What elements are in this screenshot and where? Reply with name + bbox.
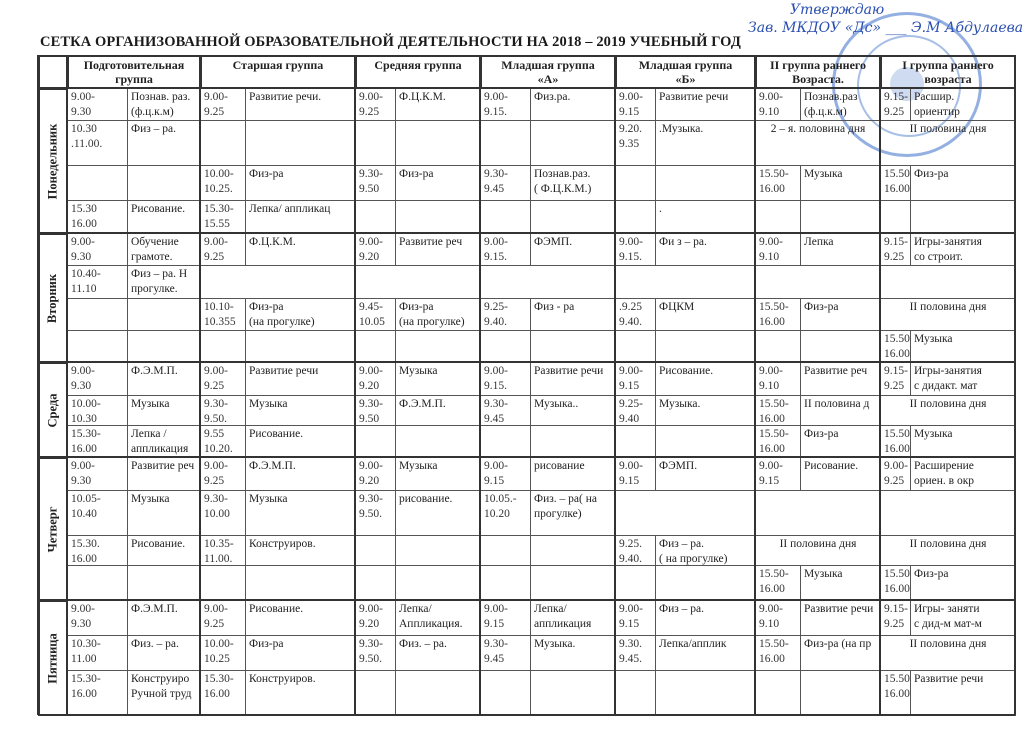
time-slot: 9.00- 9.25 [200, 362, 246, 396]
activity-cell [395, 535, 481, 566]
time-slot [755, 670, 801, 716]
day-label-3: Четверг [38, 457, 68, 601]
time-slot: .9.25 9.40. [615, 298, 656, 331]
time-slot [480, 670, 531, 716]
time-slot: 9.00- 9.15 [615, 600, 656, 636]
time-slot: 9.00- 9.20 [355, 362, 396, 396]
time-slot: 9.25- 9.40 [615, 395, 656, 426]
activity-cell: Физ-ра [800, 298, 881, 331]
time-slot: 9.15- 9.25 [880, 362, 911, 396]
activity-cell: Познав.раз (ф.ц.к.м) [800, 88, 881, 121]
time-slot: 9.00- 9.15 [615, 457, 656, 491]
activity-cell: Музыка [395, 457, 481, 491]
time-slot [200, 120, 246, 166]
day-name: Среда [46, 393, 61, 427]
time-slot: 15.50- 16.00 [880, 330, 911, 363]
time-slot: 9.00- 9.30 [67, 457, 128, 491]
activity-cell [395, 330, 481, 363]
time-slot [880, 200, 911, 234]
activity-cell: Обучение грамоте. [127, 233, 201, 266]
activity-cell [530, 330, 616, 363]
time-slot: 9.00- 9.30 [67, 88, 128, 121]
group-divider [479, 55, 481, 715]
day-divider [38, 361, 1015, 363]
time-slot: 9.00- 9.10 [755, 362, 801, 396]
group-divider [1014, 55, 1016, 715]
activity-cell: Рисование. [127, 200, 201, 234]
activity-cell: II половина дня [880, 535, 1016, 566]
time-slot [615, 670, 656, 716]
time-slot: 15.30- 16.00 [67, 670, 128, 716]
activity-cell [655, 330, 756, 363]
activity-cell: Игры-занятия со строит. мат. [910, 233, 1016, 266]
time-slot: 9.00- 9.15. [480, 88, 531, 121]
time-slot: 9.00- 9.30 [67, 600, 128, 636]
time-slot [615, 165, 656, 201]
day-name: Вторник [46, 273, 61, 322]
activity-cell [530, 120, 616, 166]
time-slot: 9.00- 9.30 [67, 362, 128, 396]
activity-cell: II половина дня [880, 120, 1016, 166]
time-slot: 9.00- 9.25 [200, 88, 246, 121]
activity-cell: Физ – ра. [127, 120, 201, 166]
time-slot: 15.50- 16.00 [755, 298, 801, 331]
time-slot [200, 330, 246, 363]
activity-cell [395, 120, 481, 166]
activity-cell: Физ. – ра. [127, 635, 201, 671]
time-slot: 9.15- 9.25 [880, 600, 911, 636]
activity-cell: Музыка [127, 395, 201, 426]
activity-cell: Музыка.. [530, 395, 616, 426]
time-slot [355, 200, 396, 234]
time-slot: 10.00- 10.25 [200, 635, 246, 671]
activity-cell: Физ. – ра( на прогулке) [530, 490, 616, 536]
time-slot [355, 535, 396, 566]
time-slot: 15.30 16.00 [67, 200, 128, 234]
time-slot: 9.30- 9.50 [355, 395, 396, 426]
time-slot: 9.00- 9.20 [355, 457, 396, 491]
time-slot [355, 670, 396, 716]
group-divider [614, 55, 616, 715]
activity-cell [655, 425, 756, 458]
activity-cell: Физ-ра [800, 425, 881, 458]
time-slot: 9.00- 9.25 [355, 88, 396, 121]
day-name: Четверг [46, 506, 61, 552]
activity-cell: Развитие речи [245, 362, 356, 396]
day-label-0: Понедельник [38, 88, 68, 234]
activity-cell: Расширение ориен. в окр [910, 457, 1016, 491]
activity-cell: Рисование. [655, 362, 756, 396]
time-slot: 15.50- 16.00 [755, 165, 801, 201]
time-slot [480, 200, 531, 234]
activity-cell: II половина дня [880, 635, 1016, 671]
activity-cell: Физ - ра [530, 298, 616, 331]
column-header: Младшая группа «А» [480, 55, 616, 89]
time-slot: 9.00- 9.15 [480, 600, 531, 636]
activity-cell: Физ – ра. Н прогулке. [127, 265, 201, 299]
time-slot [755, 330, 801, 363]
time-slot: 9.45- 10.05 [355, 298, 396, 331]
activity-cell: Развитие речи [910, 670, 1016, 716]
activity-cell: Развитие реч [127, 457, 201, 491]
activity-cell: Музыка [245, 395, 356, 426]
activity-cell: Музыка [395, 362, 481, 396]
activity-cell: Физ-ра (на пр [800, 635, 881, 671]
time-slot: 9.30. 9.45. [615, 635, 656, 671]
time-slot [480, 565, 531, 601]
activity-cell: Ф.Э.М.П. [395, 395, 481, 426]
time-slot: 15.50- 16.00 [755, 635, 801, 671]
time-slot: 9.00- 9.15. [480, 362, 531, 396]
activity-cell: Музыка. [530, 635, 616, 671]
activity-cell: Ф.Э.М.П. [245, 457, 356, 491]
activity-cell: Музыка [910, 330, 1016, 363]
time-slot: 9.00- 9.15 [615, 362, 656, 396]
activity-cell: Музыка [127, 490, 201, 536]
time-slot: 10.30- 11.00 [67, 635, 128, 671]
time-slot [200, 565, 246, 601]
activity-cell [245, 120, 356, 166]
document-title: СЕТКА ОРГАНИЗОВАННОЙ ОБРАЗОВАТЕЛЬНОЙ ДЕЯ… [40, 34, 741, 51]
activity-cell [395, 565, 481, 601]
time-slot: 9.00- 9.15 [755, 457, 801, 491]
time-slot: 9.55 10.20. [200, 425, 246, 458]
time-slot [480, 330, 531, 363]
activity-cell: Физ-ра [910, 165, 1016, 201]
group-divider [37, 55, 39, 715]
activity-cell: II половина д [800, 395, 881, 426]
activity-cell: Лепка/апплик [655, 635, 756, 671]
activity-cell [655, 670, 756, 716]
activity-cell [127, 298, 201, 331]
activity-cell: Расшир. ориентир [910, 88, 1016, 121]
time-slot [615, 425, 656, 458]
activity-cell: Развитие реч [800, 362, 881, 396]
time-slot: 10.30 .11.00. [67, 120, 128, 166]
time-slot: 9.00- 9.20 [355, 233, 396, 266]
activity-cell: Ф.Э.М.П. [127, 600, 201, 636]
time-slot [355, 330, 396, 363]
time-slot: 9.00- 9.25 [200, 457, 246, 491]
time-slot: 9.00- 9.15. [615, 233, 656, 266]
time-slot: 9.00- 9.25 [880, 457, 911, 491]
time-slot [67, 298, 128, 331]
activity-cell: Рисование. [245, 600, 356, 636]
group-divider [354, 55, 356, 715]
activity-cell: Физ-ра [395, 165, 481, 201]
time-slot: 9.15- 9.25 [880, 233, 911, 266]
day-divider [38, 714, 1015, 716]
activity-cell: рисование [530, 457, 616, 491]
time-slot: 9.30- 9.45 [480, 395, 531, 426]
activity-cell: Игры-занятия с дидакт. мат [910, 362, 1016, 396]
activity-cell: ФЦКМ [655, 298, 756, 331]
time-slot: 9.30- 9.50 [355, 165, 396, 201]
time-slot: 9.25- 9.40. [480, 298, 531, 331]
time-slot: 9.30- 9.50. [355, 635, 396, 671]
time-slot: 9.25. 9.40. [615, 535, 656, 566]
time-slot [67, 330, 128, 363]
time-slot: 15.30- 16.00 [200, 670, 246, 716]
activity-cell: II половина дня [880, 298, 1016, 331]
time-slot: 10.40- 11.10 [67, 265, 128, 299]
time-slot: 9.30- 9.45 [480, 635, 531, 671]
activity-cell [800, 330, 881, 363]
activity-cell [395, 670, 481, 716]
activity-cell: Лепка/ аппликация [530, 600, 616, 636]
activity-cell: Физ.ра. [530, 88, 616, 121]
activity-cell: Физ-ра (на прогулке) [395, 298, 481, 331]
time-slot: 9.15- 9.25 [880, 88, 911, 121]
activity-cell: ФЭМП. [655, 457, 756, 491]
activity-cell [530, 670, 616, 716]
activity-cell: Физ – ра. [655, 600, 756, 636]
activity-cell: Физ-ра [245, 165, 356, 201]
time-slot: 15.30. 16.00 [67, 535, 128, 566]
time-slot: 10.00- 10.30 [67, 395, 128, 426]
column-header: II группа раннего Возраста. [755, 55, 881, 89]
time-slot: 9.30- 10.00 [200, 490, 246, 536]
activity-cell [530, 425, 616, 458]
activity-cell: Лепка [800, 233, 881, 266]
time-slot: 15.50- 16.00 [755, 425, 801, 458]
activity-cell: Лепка / аппликация [127, 425, 201, 458]
approval-label: Утверждаю [790, 2, 884, 18]
time-slot [480, 120, 531, 166]
activity-cell: Познав. раз. (ф.ц.к.м) [127, 88, 201, 121]
time-slot [480, 535, 531, 566]
time-slot: 9.00- 9.30 [67, 233, 128, 266]
activity-cell: Физ – ра. ( на прогулке) [655, 535, 756, 566]
time-slot: 10.10- 10.355 [200, 298, 246, 331]
activity-cell: Музыка [245, 490, 356, 536]
column-header [38, 55, 68, 89]
time-slot: 15.50- 16.00 [880, 565, 911, 601]
activity-cell: Фи з – ра. [655, 233, 756, 266]
activity-cell: Физ-ра [245, 635, 356, 671]
column-header: Подготовительная группа [67, 55, 201, 89]
activity-cell: Ф.Ц.К.М. [245, 233, 356, 266]
time-slot [67, 565, 128, 601]
activity-cell: Конструиров. [245, 670, 356, 716]
day-divider [38, 599, 1015, 601]
activity-cell: Конструиров. [245, 535, 356, 566]
column-header: Старшая группа [200, 55, 356, 89]
activity-cell [530, 200, 616, 234]
activity-cell [395, 200, 481, 234]
activity-cell: Развитие речи [655, 88, 756, 121]
time-slot: 9.00- 9.15. [480, 233, 531, 266]
activity-cell [655, 565, 756, 601]
activity-cell [127, 565, 201, 601]
time-slot [615, 200, 656, 234]
time-slot [755, 200, 801, 234]
group-divider [754, 55, 756, 715]
time-slot: 15.50- 16.00 [755, 565, 801, 601]
activity-cell: Физ-ра [910, 565, 1016, 601]
time-slot: 9.30- 9.50. [355, 490, 396, 536]
day-divider [38, 87, 1015, 89]
group-divider [199, 55, 201, 715]
activity-cell: Лепка/ аппликац [245, 200, 356, 234]
activity-cell: Развитие речи [530, 362, 616, 396]
time-slot: 9.00- 9.25 [200, 233, 246, 266]
time-slot: 15.50- 16.00 [755, 395, 801, 426]
activity-cell [910, 200, 1016, 234]
time-slot: 9.00- 9.10 [755, 600, 801, 636]
time-slot: 10.05.- 10.20 [480, 490, 531, 536]
column-header: Младшая группа «Б» [615, 55, 756, 89]
activity-cell: 2 – я. половина дня [755, 120, 881, 166]
time-slot [355, 425, 396, 458]
activity-cell [127, 165, 201, 201]
activity-cell [245, 330, 356, 363]
activity-cell: Физ-ра (на прогулке) [245, 298, 356, 331]
column-header: Средняя группа [355, 55, 481, 89]
time-slot: 9.20. 9.35 [615, 120, 656, 166]
activity-cell: Рисование. [800, 457, 881, 491]
time-slot: 15.50- 16.00 [880, 165, 911, 201]
activity-cell [395, 425, 481, 458]
day-name: Понедельник [46, 123, 61, 199]
activity-cell: Музыка [800, 165, 881, 201]
activity-cell: Конструиро Ручной труд [127, 670, 201, 716]
activity-cell: ФЭМП. [530, 233, 616, 266]
activity-cell: Музыка [910, 425, 1016, 458]
time-slot [615, 330, 656, 363]
group-divider [66, 55, 68, 715]
activity-cell [530, 535, 616, 566]
activity-cell: Развитие речи. [245, 88, 356, 121]
time-slot: 10.05- 10.40 [67, 490, 128, 536]
activity-cell: . [655, 200, 756, 234]
time-slot: 9.00- 9.10 [755, 88, 801, 121]
time-slot: 9.00- 9.25 [200, 600, 246, 636]
day-divider [38, 232, 1015, 234]
activity-cell [800, 200, 881, 234]
activity-cell: рисование. [395, 490, 481, 536]
activity-cell: Игры- заняти с дид-м мат-м [910, 600, 1016, 636]
column-header: I группа раннего возраста [880, 55, 1016, 89]
activity-cell: Музыка [800, 565, 881, 601]
time-slot [615, 565, 656, 601]
group-divider [879, 55, 881, 715]
activity-cell: Развитие речи [800, 600, 881, 636]
activity-cell: II половина дня [880, 395, 1016, 426]
activity-cell [655, 165, 756, 201]
activity-cell [245, 565, 356, 601]
activity-cell: II половина дня [755, 535, 881, 566]
activity-cell [127, 330, 201, 363]
time-slot: 10.35- 11.00. [200, 535, 246, 566]
day-label-2: Среда [38, 362, 68, 458]
time-slot: 9.30- 9.50. [200, 395, 246, 426]
time-slot: 15.50- 16.00 [880, 425, 911, 458]
activity-cell: Ф.Э.М.П. [127, 362, 201, 396]
time-slot: 15.30- 15.55 [200, 200, 246, 234]
time-slot: 9.00- 9.20 [355, 600, 396, 636]
time-slot [67, 165, 128, 201]
activity-cell: Развитие реч [395, 233, 481, 266]
time-slot [355, 120, 396, 166]
day-divider [38, 456, 1015, 458]
activity-cell: Рисование. [245, 425, 356, 458]
activity-cell [800, 670, 881, 716]
time-slot: 15.30- 16.00 [67, 425, 128, 458]
day-label-1: Вторник [38, 233, 68, 363]
time-slot: 9.00- 9.15 [615, 88, 656, 121]
activity-cell: Ф.Ц.К.М. [395, 88, 481, 121]
activity-cell: Музыка. [655, 395, 756, 426]
activity-cell [530, 565, 616, 601]
activity-cell: Познав.раз. ( Ф.Ц.К.М.) [530, 165, 616, 201]
time-slot: 9.00- 9.10 [755, 233, 801, 266]
time-slot: 10.00- 10.25. [200, 165, 246, 201]
activity-cell: .Музыка. [655, 120, 756, 166]
time-slot: 15.50- 16.00 [880, 670, 911, 716]
time-slot [355, 565, 396, 601]
activity-cell: Физ. – ра. [395, 635, 481, 671]
time-slot: 9.30- 9.45 [480, 165, 531, 201]
day-name: Пятница [46, 633, 61, 683]
activity-cell: Рисование. [127, 535, 201, 566]
day-label-4: Пятница [38, 600, 68, 716]
time-slot [480, 425, 531, 458]
activity-cell: Лепка/ Аппликация. [395, 600, 481, 636]
time-slot: 9.00- 9.15 [480, 457, 531, 491]
